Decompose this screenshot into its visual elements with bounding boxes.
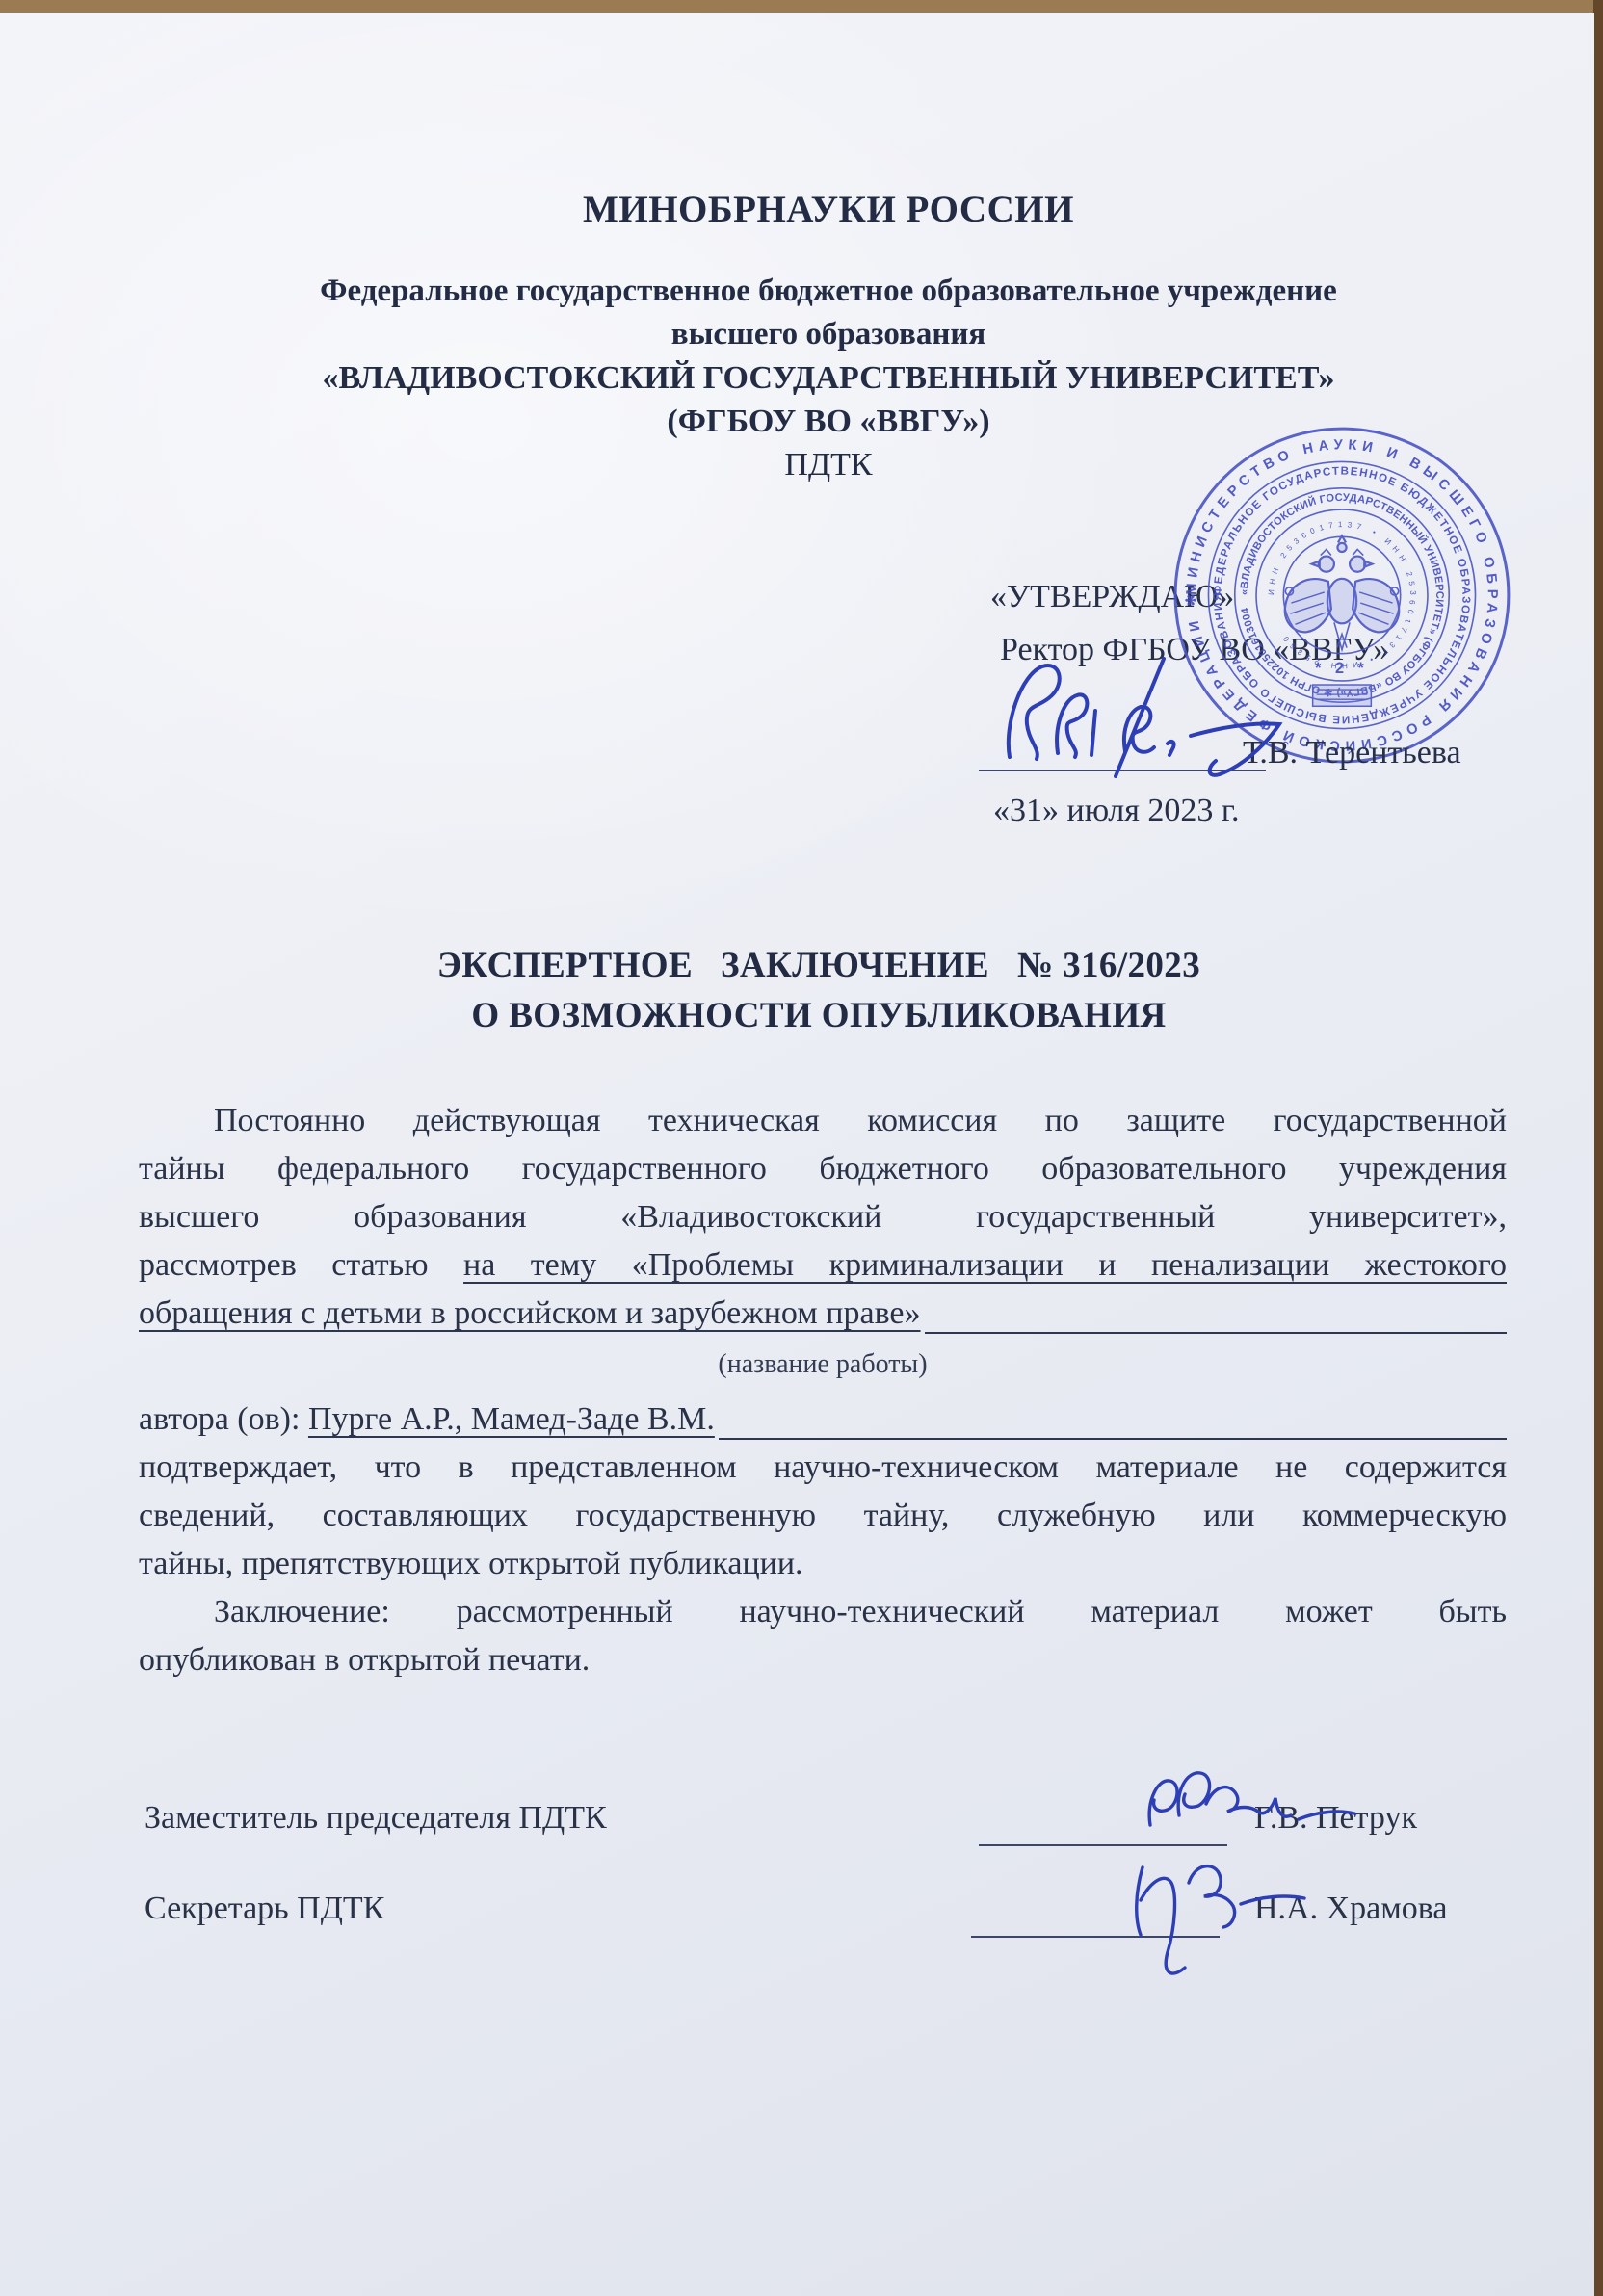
authors-line: автора (ов): Пурге А.Р., Мамед-Заде В.М. [139,1396,1507,1444]
body-line: сведений, составляющих государственную т… [139,1492,1507,1540]
conclusion-line: Заключение: рассмотренный научно-техниче… [139,1588,1507,1636]
document-title: ЭКСПЕРТНОЕ ЗАКЛЮЧЕНИЕ № 316/2023 О ВОЗМО… [116,945,1522,1036]
approval-date: «31» июля 2023 г. [993,793,1239,829]
body-line: подтверждает, что в представленном научн… [139,1444,1507,1492]
body-line: рассмотрев статью на тему «Проблемы крим… [139,1241,1507,1290]
body-text: Постоянно действующая техническая комисс… [139,1097,1507,1684]
org-name-line1: Федеральное государственное бюджетное об… [125,270,1532,313]
work-title-underlined: на тему «Проблемы криминализации и пенал… [463,1247,1507,1283]
paper-sheet: МИНОБРНАУКИ РОССИИ Федеральное государст… [0,13,1594,2296]
signatory-role-2: Секретарь ПДТК [145,1891,384,1927]
work-title-caption: (название работы) [139,1338,1507,1396]
conclusion-line: опубликован в открытой печати. [139,1636,1507,1684]
blank-underline [925,1332,1507,1334]
blank-underline [719,1438,1507,1440]
rector-signature [1002,643,1291,788]
work-title-underlined: обращения с детьми в российском и зарубе… [139,1290,921,1338]
title-line2: О ВОЗМОЖНОСТИ ОПУБЛИКОВАНИЯ [116,995,1522,1036]
stamp-center-mark: * 2 * [1315,660,1369,677]
university-name: «ВЛАДИВОСТОКСКИЙ ГОСУДАРСТВЕННЫЙ УНИВЕРС… [125,356,1532,400]
body-line-plain: рассмотрев статью [139,1247,463,1283]
body-line: высшего образования «Владивостокский гос… [139,1193,1507,1241]
body-line: тайны, препятствующих открытой публикаци… [139,1540,1507,1588]
stamp-serial-box [1313,685,1372,706]
body-line: обращения с детьми в российском и зарубе… [139,1290,1507,1338]
title-line1: ЭКСПЕРТНОЕ ЗАКЛЮЧЕНИЕ № 316/2023 [116,945,1522,986]
body-line: тайны федерального государственного бюдж… [139,1145,1507,1193]
desk-edge-right [1593,0,1603,2296]
body-line: Постоянно действующая техническая комисс… [139,1097,1507,1145]
authors-label: автора (ов): [139,1396,308,1444]
scanned-document-photo: { "document": { "header": { "ministry": … [0,0,1603,2296]
org-name-line2: высшего образования [125,313,1532,356]
signatory-role-1: Заместитель председателя ПДТК [145,1800,607,1837]
authors-names-underlined: Пурге А.Р., Мамед-Заде В.М. [308,1396,715,1444]
desk-edge-top [0,0,1603,13]
signature-khramova [1125,1839,1337,1978]
ministry-name: МИНОБРНАУКИ РОССИИ [125,188,1532,231]
